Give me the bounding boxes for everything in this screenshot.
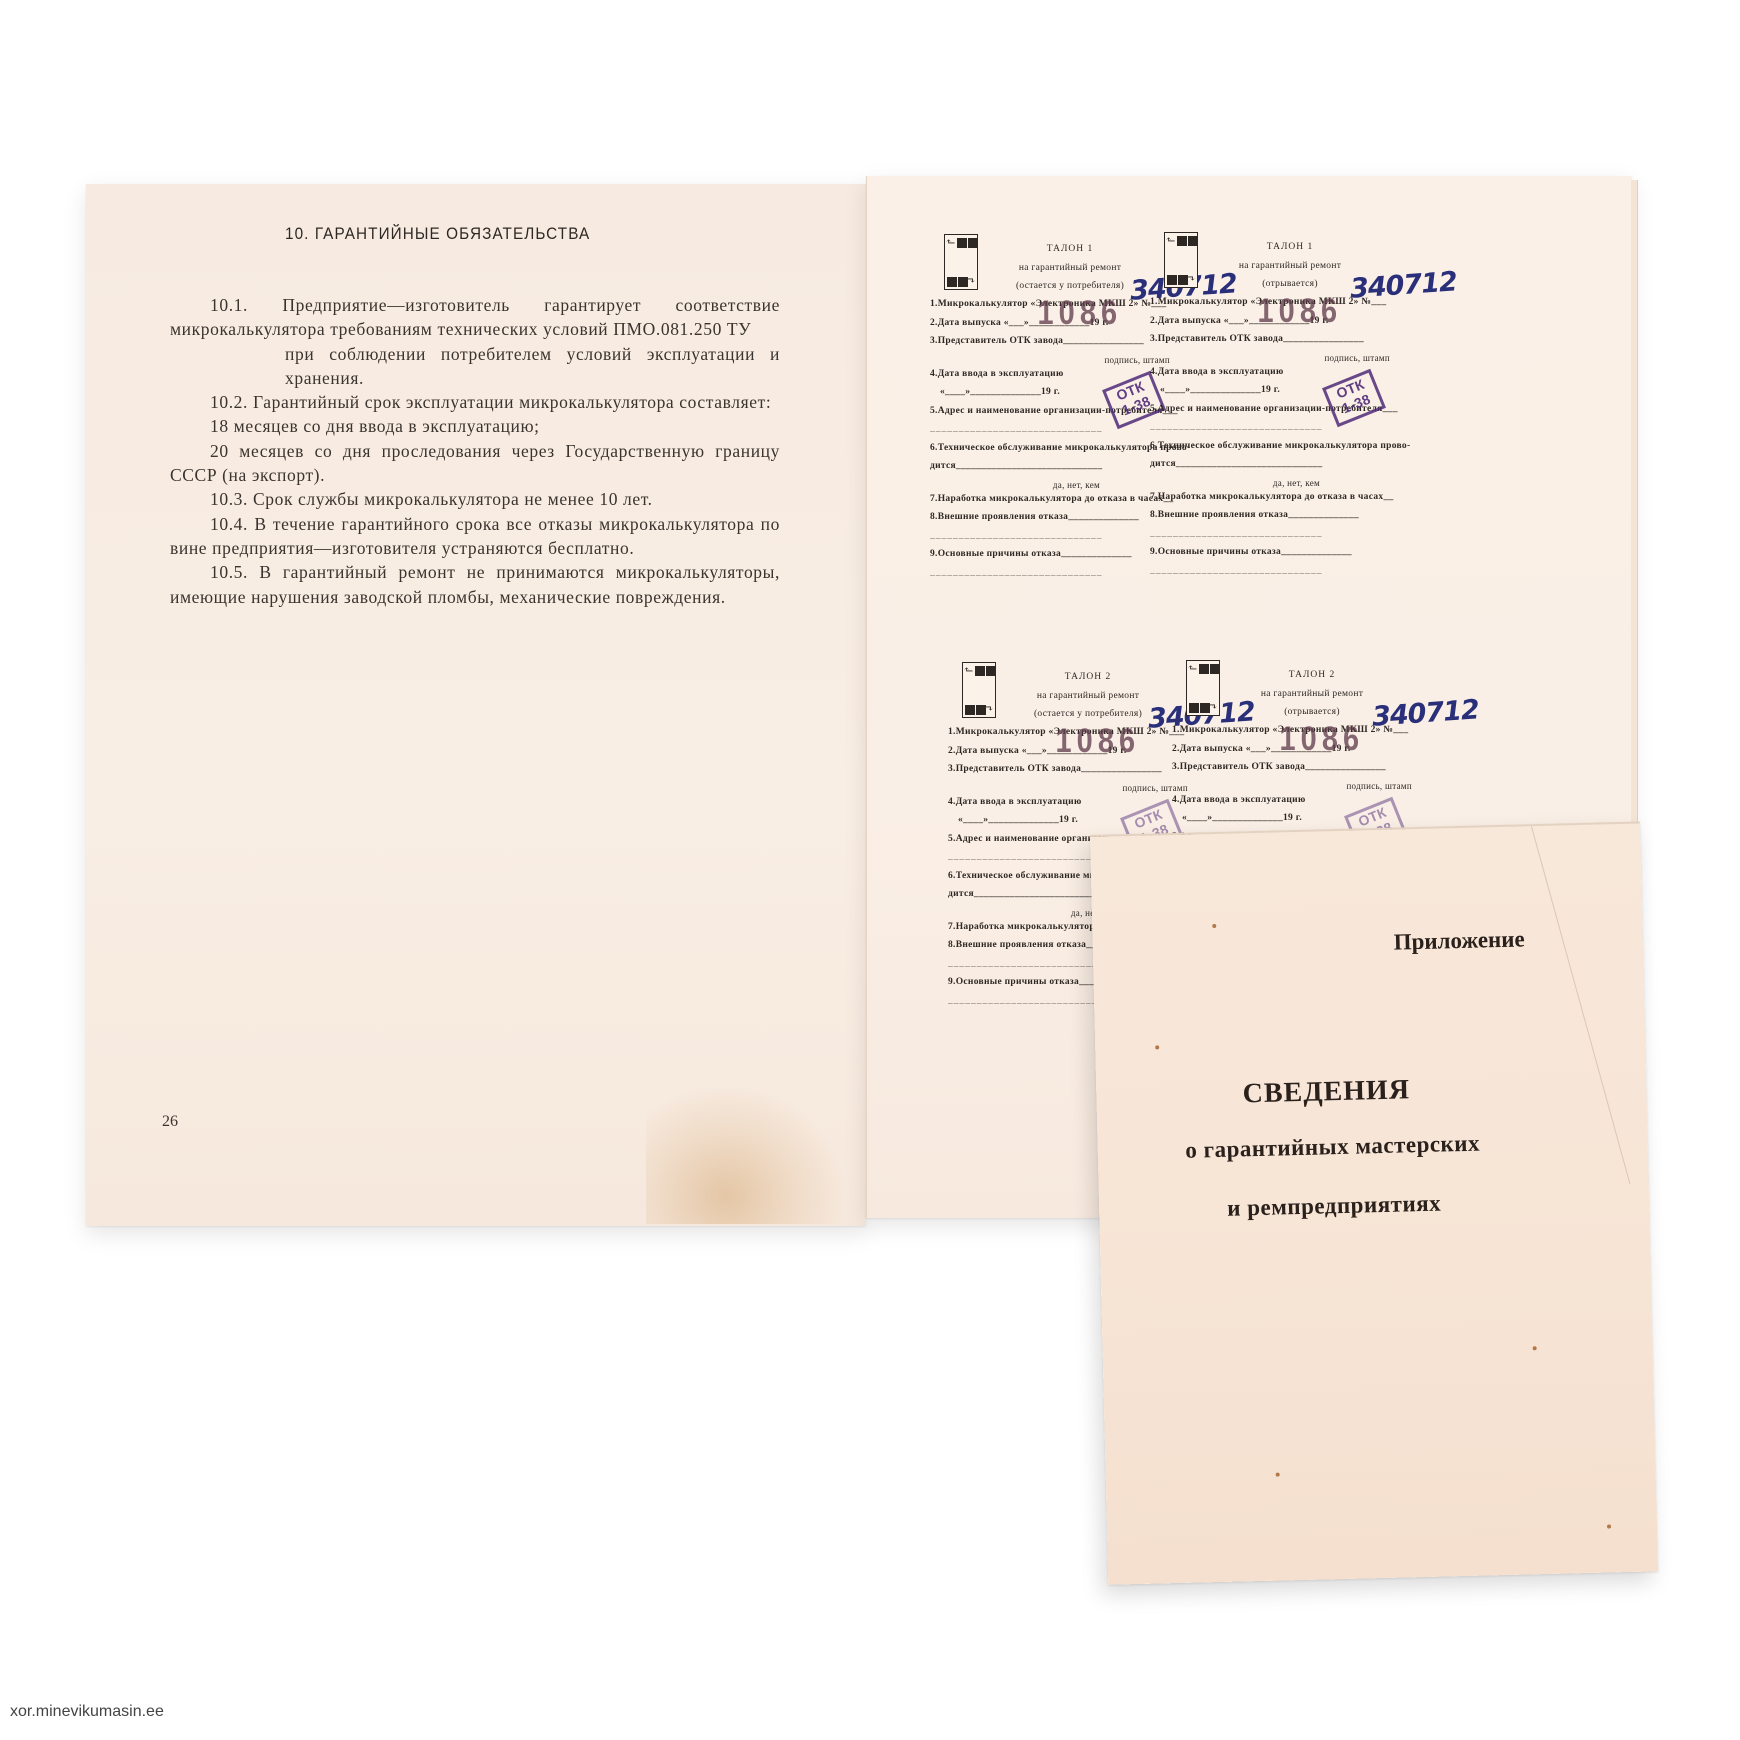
stamped-serial-number: 1086 xyxy=(1037,294,1122,333)
field-maintenance-line: дится_____________________________ xyxy=(1150,459,1430,478)
paragraph-10-3: 10.3. Срок службы микрокалькулятора не м… xyxy=(170,487,780,511)
water-stain xyxy=(646,1084,846,1224)
section-heading: 10. ГАРАНТИЙНЫЕ ОБЯЗАТЕЛЬСТВА xyxy=(285,224,590,244)
field-signature-hint: подпись, штамп xyxy=(1172,781,1452,795)
field-commission-date: 4.Дата ввода в эксплуатацию xyxy=(1150,367,1430,386)
paragraph-10-5: 10.5. В гарантийный ремонт не принимаютс… xyxy=(170,560,780,609)
stamped-serial-number: 1086 xyxy=(1055,722,1140,761)
coupon-title: ТАЛОН 1 xyxy=(1150,242,1430,252)
field-failure-causes: 9.Основные причины отказа______________ xyxy=(1150,547,1430,566)
appendix-insert-card: Приложение СВЕДЕНИЯ о гарантийных мастер… xyxy=(1090,822,1658,1585)
field-commission-date: 4.Дата ввода в эксплуатацию xyxy=(1172,795,1452,814)
field-failure-symptoms: 8.Внешние проявления отказа_____________… xyxy=(1150,510,1430,529)
paragraph-10-1-cont: при соблюдении потребителем условий эксп… xyxy=(170,342,780,391)
field-signature-hint: подпись, штамп xyxy=(1150,353,1430,367)
insert-title: СВЕДЕНИЯ xyxy=(1096,1071,1557,1114)
paragraph-18-months: 18 месяцев со дня ввода в эксплуатацию; xyxy=(170,414,780,438)
paper-speck xyxy=(1607,1524,1611,1528)
watermark: xor.minevikumasin.ee xyxy=(10,1703,164,1721)
insert-subtitle-2: и ремпредприятиях xyxy=(1099,1187,1569,1224)
blank-line: ______________________________ xyxy=(1150,422,1430,441)
blank-line: ______________________________ xyxy=(1150,566,1430,585)
blank-line: ______________________________ xyxy=(1150,529,1430,548)
field-commission-date-line: «____»______________19 г. xyxy=(1150,385,1430,404)
paper-speck xyxy=(1276,1473,1280,1477)
photo-scene: 10. ГАРАНТИЙНЫЕ ОБЯЗАТЕЛЬСТВА 10.1. Пред… xyxy=(0,0,1740,1740)
field-hours-to-failure: 7.Наработка микрокалькулятора до отказа … xyxy=(1150,492,1430,511)
stamped-serial-number: 1086 xyxy=(1279,720,1364,759)
appendix-label: Приложение xyxy=(1393,926,1525,955)
coupon-subtitle: на гарантийный ремонт xyxy=(1150,261,1430,271)
field-otk-representative: 3.Представитель ОТК завода______________… xyxy=(1172,762,1452,781)
field-consumer-address: 5.Адрес и наименование организации-потре… xyxy=(1150,404,1430,423)
field-maintenance-hint: да, нет, кем xyxy=(1150,478,1430,492)
page-number: 26 xyxy=(162,1113,178,1131)
warranty-text: 10.1. Предприятие—изготовитель гарантиру… xyxy=(170,293,780,609)
paragraph-20-months: 20 месяцев со дня проследования через Го… xyxy=(170,439,780,488)
coupon-title: ТАЛОН 2 xyxy=(1172,670,1452,680)
paper-speck xyxy=(1212,924,1216,928)
paragraph-10-1: 10.1. Предприятие—изготовитель гарантиру… xyxy=(170,293,780,342)
paper-speck xyxy=(1533,1346,1537,1350)
field-maintenance: 6.Техническое обслуживание микрокалькуля… xyxy=(1150,441,1430,460)
field-otk-representative: 3.Представитель ОТК завода______________… xyxy=(1150,334,1430,353)
stamped-serial-number: 1086 xyxy=(1257,292,1342,331)
paragraph-10-2: 10.2. Гарантийный срок эксплуатации микр… xyxy=(170,390,780,414)
paragraph-10-4: 10.4. В течение гарантийного срока все о… xyxy=(170,512,780,561)
coupon-subtitle: на гарантийный ремонт xyxy=(1172,689,1452,699)
insert-subtitle-1: о гарантийных мастерских xyxy=(1097,1128,1567,1165)
paper-speck xyxy=(1155,1045,1159,1049)
